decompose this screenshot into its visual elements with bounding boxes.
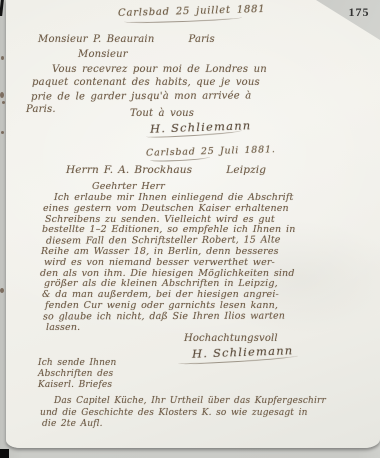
manuscript-line: die 2te Aufl. [42, 419, 326, 431]
german-recipient-line: Herrn F. A. BrockhausLeipzig [66, 164, 266, 176]
ink-speck [0, 288, 4, 293]
page-number: 175 [342, 5, 376, 20]
manuscript-line: wird es von niemand besser verwerthet we… [44, 258, 295, 269]
manuscript-line: lassen. [46, 323, 295, 334]
german-recipient-name: Herrn F. A. Brockhaus [66, 164, 192, 176]
manuscript-line: Kaiserl. Briefes [38, 380, 116, 391]
manuscript-line: Ich sende Ihnen [38, 358, 116, 369]
manuscript-line: eines gestern vom Deutschen Kaiser erhal… [43, 204, 295, 215]
manuscript-line: Das Capitel Küche, Ihr Urtheil über das … [54, 396, 326, 408]
french-recipient-line: Monsieur P. BeaurainParis [38, 34, 215, 45]
manuscript-line: prie de le garder jusqu'à mon arrivée à [31, 89, 267, 104]
manuscript-line: so glaube ich nicht, daß Sie Ihren Ilios… [43, 311, 296, 323]
french-closing: Tout à vous [130, 108, 194, 119]
ink-speck [1, 131, 4, 134]
french-salutation: Monsieur [78, 49, 128, 60]
german-body: Ich erlaube mir Ihnen einliegend die Abs… [42, 193, 295, 333]
manuscript-line: paquet contenant des habits, que je vous [32, 76, 267, 89]
scan-corner-chip [0, 449, 9, 458]
german-note: Das Capitel Küche, Ihr Urtheil über das … [40, 396, 326, 431]
ink-speck [2, 101, 5, 104]
german-recipient-city: Leipzig [226, 164, 266, 176]
german-closing: Hochachtungsvoll [184, 333, 278, 344]
manuscript-line: und die Geschichte des Klosters K. so wi… [40, 408, 326, 420]
manuscript-line: diesem Fall den Schriftsteller Robert, 1… [46, 236, 296, 248]
french-recipient-city: Paris [188, 34, 214, 45]
ink-speck [1, 56, 4, 60]
german-postscript: Ich sende Ihnen Abschriften des Kaiserl.… [38, 358, 116, 392]
manuscript-line: Abschriften des [38, 369, 116, 380]
ink-speck [0, 92, 4, 98]
german-salutation: Geehrter Herr [92, 181, 165, 192]
scanned-letter-page: 175 Carlsbad 25 juillet 1881 Monsieur P.… [0, 0, 380, 458]
manuscript-line: Vous recevrez pour moi de Londres un [52, 63, 267, 76]
french-recipient-name: Monsieur P. Beaurain [38, 34, 154, 45]
